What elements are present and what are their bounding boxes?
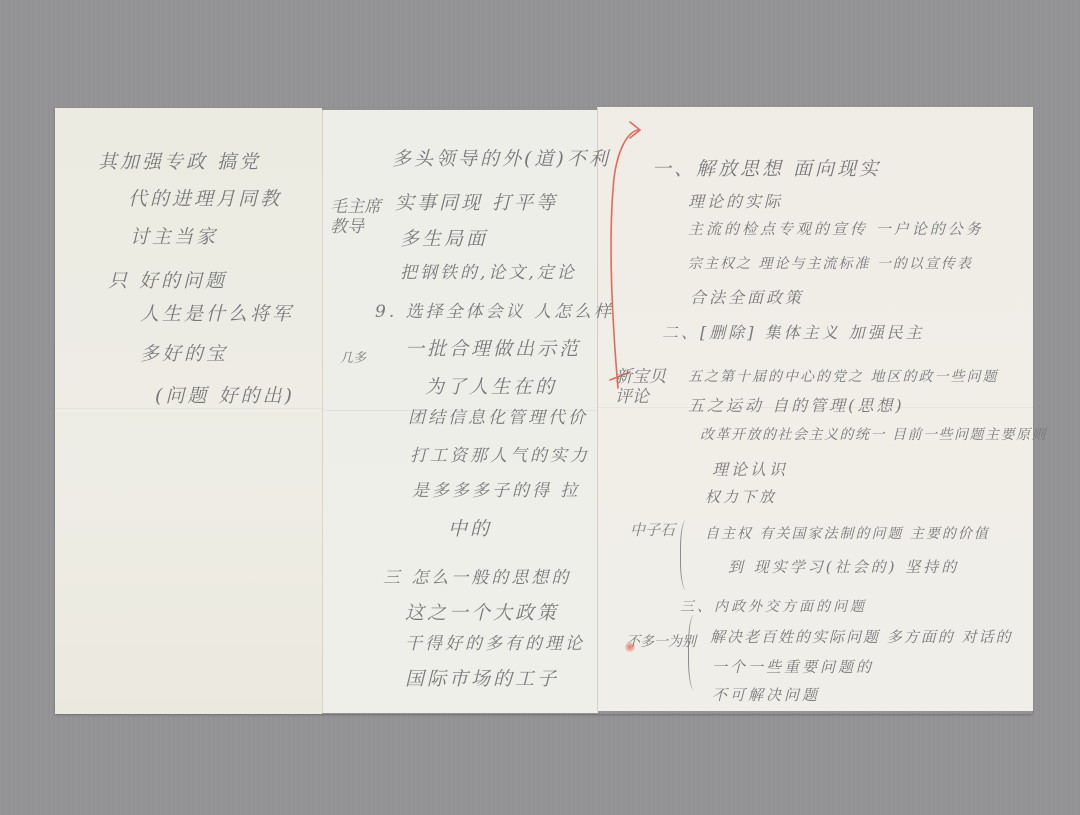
brace-icon bbox=[688, 615, 703, 690]
margin-note: 不多一为别 bbox=[626, 634, 696, 650]
handwritten-line: 多好的宝 bbox=[140, 345, 228, 364]
handwritten-line: 五之第十届的中心的党之 地区的政一些问题 bbox=[688, 370, 998, 384]
brace-icon bbox=[680, 520, 695, 590]
handwritten-line: 一批合理做出示范 bbox=[405, 340, 581, 359]
handwritten-line: 五之运动 自的管理(思想) bbox=[688, 398, 905, 414]
handwritten-line: 理论认识 bbox=[712, 462, 788, 478]
handwritten-line: 合法全面政策 bbox=[690, 290, 804, 306]
handwritten-line: (问题 好的出) bbox=[155, 387, 295, 406]
handwritten-line: 团结信息化管理代价 bbox=[408, 410, 588, 427]
handwritten-line: 其加强专政 搞党 bbox=[98, 153, 261, 172]
handwritten-line: 不可解决问题 bbox=[712, 688, 820, 703]
handwritten-line: 干得好的多有的理论 bbox=[405, 636, 585, 653]
handwritten-line: 讨主当家 bbox=[130, 228, 218, 247]
handwritten-line: 代的进理月同教 bbox=[128, 190, 282, 209]
handwritten-line: 是多多多子的得 拉 bbox=[412, 483, 580, 500]
handwritten-line: 只 好的问题 bbox=[108, 272, 227, 291]
handwritten-line: 解决老百姓的实际问题 多方面的 对话的 bbox=[710, 630, 1013, 645]
handwritten-line: 宗主权之 理论与主流标准 一的以宣传表 bbox=[688, 257, 973, 271]
handwritten-line: 三、内政外交方面的问题 bbox=[680, 600, 867, 614]
handwritten-line: 打工资那人气的实力 bbox=[410, 448, 590, 465]
handwritten-line: 自主权 有关国家法制的问题 主要的价值 bbox=[705, 527, 990, 541]
margin-note: 中子石 bbox=[630, 522, 675, 539]
handwritten-line: 一个一些重要问题的 bbox=[712, 660, 874, 675]
handwritten-line: 中的 bbox=[448, 520, 492, 539]
margin-note: 毛主席 教导 bbox=[330, 198, 381, 237]
handwritten-line: 三 怎么一般的思想的 bbox=[383, 570, 571, 587]
handwritten-line: 多头领导的外(道)不利 bbox=[392, 150, 611, 169]
handwritten-line: 为了人生在的 bbox=[425, 378, 557, 397]
handwritten-line: 人生是什么将军 bbox=[140, 305, 294, 324]
handwritten-line: 把钢铁的,论文,定论 bbox=[400, 265, 577, 282]
handwritten-line: 一、解放思想 面向现实 bbox=[652, 160, 881, 179]
margin-note: 新宝贝 评论 bbox=[615, 368, 666, 407]
handwritten-line: 二、[删除] 集体主义 加强民主 bbox=[662, 325, 925, 341]
handwritten-line: 多生局面 bbox=[400, 230, 488, 249]
fold-crease bbox=[55, 408, 322, 409]
handwritten-line: 这之一个大政策 bbox=[405, 604, 559, 623]
handwritten-line: 国际市场的工子 bbox=[405, 670, 559, 689]
handwritten-line: 实事同现 打平等 bbox=[395, 194, 558, 213]
handwritten-line: 9. 选择全体会议 人怎么样 bbox=[375, 304, 614, 321]
handwritten-line: 理论的实际 bbox=[688, 194, 783, 210]
handwritten-line: 到 现实学习(社会的) 坚持的 bbox=[728, 560, 959, 575]
handwritten-line: 改革开放的社会主义的统一 目前一些问题主要原则 bbox=[700, 428, 1047, 442]
handwritten-line: 主流的检点专观的宣传 一户论的公务 bbox=[688, 222, 984, 237]
margin-note: 几多 bbox=[340, 352, 366, 367]
handwritten-line: 权力下放 bbox=[705, 490, 777, 505]
